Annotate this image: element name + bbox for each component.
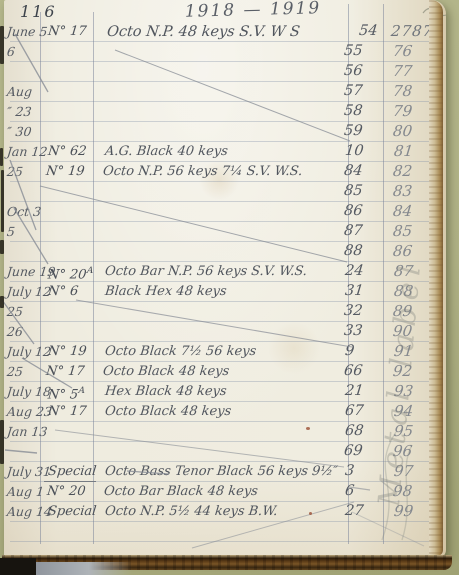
ledger-row: 5677 xyxy=(4,62,446,82)
date-cell: July 12 xyxy=(3,342,46,361)
ledger-row: 6996 xyxy=(4,442,446,462)
count-cell: 57 xyxy=(337,82,379,101)
binding-speck xyxy=(0,296,4,308)
date-cell: ″ 23 xyxy=(3,102,44,121)
description-cell: Black Hex 48 keys xyxy=(96,282,340,302)
description-cell: Octo N.P. 5½ 44 keys B.W. xyxy=(96,502,340,522)
ledger-row: June 5N° 17Octo N.P. 48 keys S.V. W S542… xyxy=(4,22,446,42)
number-superscript: A xyxy=(77,382,85,401)
number-label-cell: N° 17 xyxy=(44,402,98,421)
ledger-row: 25N° 17Octo Black 48 keys6692 xyxy=(4,362,446,382)
count-cell: 59 xyxy=(337,122,379,141)
ledger-row: Aug 14SpecialOcto N.P. 5½ 44 keys B.W.27… xyxy=(4,502,446,522)
ledger-row: 65576 xyxy=(4,42,446,62)
ledger-row: July 31SpecialOcto Bass Tenor Black 56 k… xyxy=(4,462,446,482)
binding-speck xyxy=(0,240,4,254)
count-cell: 27 xyxy=(338,502,380,521)
ledger-row: 253289 xyxy=(4,302,446,322)
date-cell: Aug xyxy=(3,82,44,101)
ledger-row: 8583 xyxy=(4,182,446,202)
date-cell: June 5 xyxy=(3,22,46,41)
date-cell: 6 xyxy=(3,42,44,61)
ledger-row: June 19N° 20AOcto Bar N.P. 56 keys S.V. … xyxy=(4,262,446,282)
count-cell: 21 xyxy=(338,382,380,401)
date-cell: July 18 xyxy=(3,382,46,401)
count-cell: 10 xyxy=(338,142,380,161)
count-cell: 69 xyxy=(337,442,379,461)
binding-speck xyxy=(0,420,4,464)
binding-speck xyxy=(1,170,4,232)
date-cell: 5 xyxy=(3,222,44,241)
ledger-row: Oct 38684 xyxy=(4,202,446,222)
ledger-row: Jan 12N° 62A.G. Black 40 keys1081 xyxy=(4,142,446,162)
date-cell: July 31 xyxy=(3,462,46,481)
number-label-cell: Special xyxy=(44,462,98,482)
number-label-cell: N° 20 xyxy=(43,482,97,501)
page-edge-streak xyxy=(36,562,132,575)
count-cell: 3 xyxy=(338,462,380,481)
ledger-row: Aug5778 xyxy=(4,82,446,102)
number-label-cell: N° 20A xyxy=(44,262,98,284)
red-ink-dot xyxy=(306,427,310,430)
date-cell: 26 xyxy=(3,322,44,341)
number-label-cell: N° 19 xyxy=(42,162,96,181)
count-cell: 67 xyxy=(338,402,380,421)
count-cell: 68 xyxy=(338,422,380,441)
description-cell: Octo Black 48 keys xyxy=(96,402,340,422)
description-cell: Octo Bass Tenor Black 56 keys 9½″ xyxy=(96,462,340,482)
count-cell: 87 xyxy=(337,222,379,241)
number-superscript: A xyxy=(86,262,94,281)
ledger-row: July 12N° 19Octo Black 7½ 56 keys991 xyxy=(4,342,446,362)
count-cell: 88 xyxy=(337,242,379,261)
count-cell: 31 xyxy=(338,282,380,301)
red-ink-dot xyxy=(309,512,312,515)
number-label-cell: Special xyxy=(44,502,98,521)
page-number: 116 xyxy=(20,2,57,21)
date-cell: ″ 30 xyxy=(3,122,44,141)
date-cell: Jan 12 xyxy=(3,142,46,161)
date-cell: 25 xyxy=(3,302,44,321)
date-cell: Jan 13 xyxy=(3,422,46,441)
count-cell: 58 xyxy=(337,102,379,121)
ledger-row: 25N° 19Octo N.P. 56 keys 7¼ S.V. W.S.848… xyxy=(4,162,446,182)
date-cell: Aug 14 xyxy=(3,502,46,521)
number-label-cell: N° 62 xyxy=(44,142,98,161)
binding-speck xyxy=(0,26,4,64)
number-label-cell: N° 17 xyxy=(42,362,96,381)
ledger-row: 263390 xyxy=(4,322,446,342)
date-cell: Oct 3 xyxy=(3,202,44,221)
description-cell: A.G. Black 40 keys xyxy=(96,142,340,162)
binding-speck xyxy=(0,148,3,166)
ledger-row: ″ 235879 xyxy=(4,102,446,122)
description-cell: Octo Bar N.P. 56 keys S.V. W.S. xyxy=(96,262,340,282)
count-cell: 56 xyxy=(337,62,379,81)
count-cell: 24 xyxy=(338,262,380,281)
ledger-row: July 18N° 5AHex Black 48 keys2193 xyxy=(4,382,446,402)
page-edge-stack xyxy=(429,0,443,556)
ledger-row: Aug 23N° 17Octo Black 48 keys6794 xyxy=(4,402,446,422)
count-cell: 85 xyxy=(337,182,379,201)
ledger-row: July 12N° 6Black Hex 48 keys3188 xyxy=(4,282,446,302)
date-cell: 25 xyxy=(3,362,44,381)
ledger-row: 8886 xyxy=(4,242,446,262)
ledger-row: Aug 1N° 20Octo Bar Black 48 keys698 xyxy=(4,482,446,502)
ledger-row: Jan 136895 xyxy=(4,422,446,442)
number-label-cell: N° 6 xyxy=(44,282,98,301)
count-cell: 33 xyxy=(337,322,379,341)
description-cell: Octo Bar Black 48 keys xyxy=(95,482,340,502)
description-cell: Octo N.P. 48 keys S.V. W S xyxy=(98,22,354,42)
binding-shadow xyxy=(0,558,36,575)
date-cell: 25 xyxy=(3,162,44,181)
count-cell: 9 xyxy=(338,342,380,361)
description-cell: Octo Black 48 keys xyxy=(94,362,340,382)
number-label-cell: N° 19 xyxy=(44,342,98,361)
description-cell: Hex Black 48 keys xyxy=(96,382,340,402)
count-cell: 32 xyxy=(337,302,379,321)
description-cell: Octo Black 7½ 56 keys xyxy=(96,342,340,362)
count-cell: 55 xyxy=(337,42,379,61)
count-cell: 84 xyxy=(337,162,379,181)
date-cell: Aug 23 xyxy=(3,402,46,421)
ledger-row: 58785 xyxy=(4,222,446,242)
number-label-cell: N° 17 xyxy=(44,22,100,41)
ledger-row: ″ 305980 xyxy=(4,122,446,142)
count-cell: 6 xyxy=(338,482,380,501)
date-cell: Aug 1 xyxy=(3,482,45,501)
count-cell: 86 xyxy=(337,202,379,221)
description-cell: Octo N.P. 56 keys 7¼ S.V. W.S. xyxy=(94,162,340,182)
date-cell: July 12 xyxy=(3,282,46,301)
count-cell: 66 xyxy=(337,362,379,381)
number-label-cell: N° 5A xyxy=(44,382,98,404)
date-cell: June 19 xyxy=(3,262,46,281)
